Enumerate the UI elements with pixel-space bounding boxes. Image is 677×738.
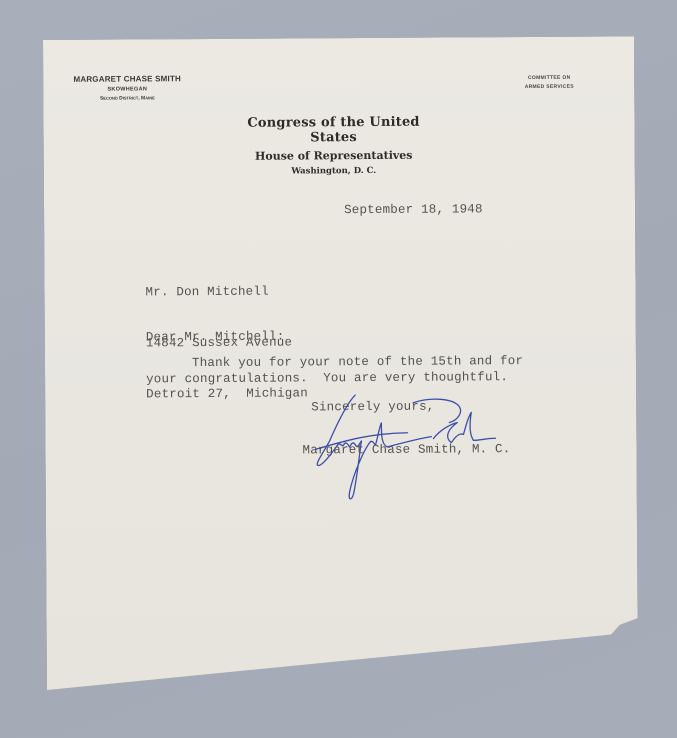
- committee-line-2: ARMED SERVICES: [509, 83, 589, 92]
- body-line-1: Thank you for your note of the 15th and …: [192, 354, 523, 370]
- letterhead-committee-block: COMMITTEE ON ARMED SERVICES: [509, 74, 589, 92]
- handwritten-signature-icon: [307, 392, 508, 503]
- sender-name: MARGARET CHASE SMITH: [67, 74, 187, 84]
- letterhead-title-block: Congress of the United States House of R…: [233, 115, 433, 177]
- letterhead-sender-block: MARGARET CHASE SMITH SKOWHEGAN Second Di…: [67, 74, 187, 102]
- body-line-2: your congratulations. You are very thoug…: [146, 370, 508, 386]
- sender-district: Second District, Maine: [67, 95, 187, 102]
- letterhead-congress: Congress of the United States: [233, 115, 433, 146]
- letterhead-city: Washington, D. C.: [234, 166, 434, 177]
- recipient-name: Mr. Don Mitchell: [145, 283, 307, 301]
- letter-page: MARGARET CHASE SMITH SKOWHEGAN Second Di…: [43, 36, 638, 690]
- salutation: Dear Mr. Mitchell:: [146, 330, 285, 345]
- sender-town: SKOWHEGAN: [67, 86, 187, 93]
- committee-line-1: COMMITTEE ON: [509, 74, 589, 83]
- letterhead-house: House of Representatives: [234, 149, 434, 163]
- recipient-city: Detroit 27, Michigan: [146, 385, 308, 403]
- letter-date: September 18, 1948: [344, 202, 483, 217]
